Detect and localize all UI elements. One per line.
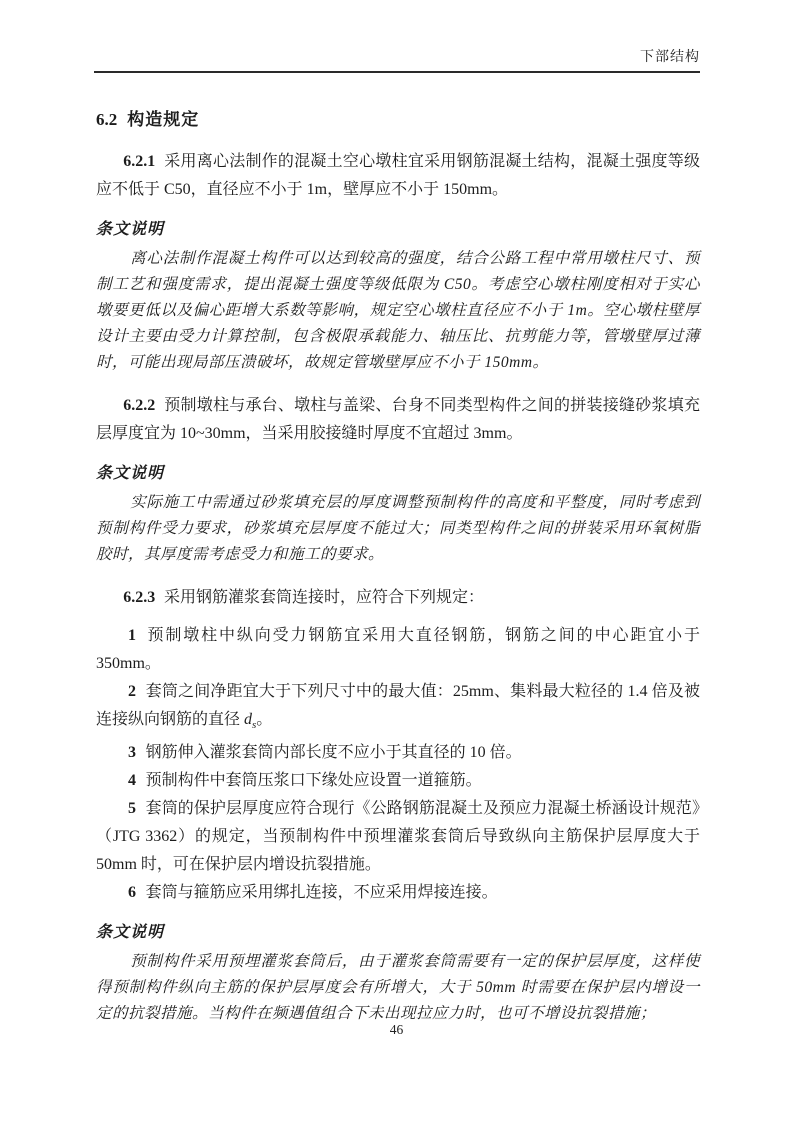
list-item-4: 4预制构件中套筒压浆口下缘处应设置一道箍筋。 bbox=[96, 767, 700, 795]
section-number: 6.2 bbox=[96, 110, 117, 129]
commentary-text: 离心法制作混凝土构件可以达到较高的强度，结合公路工程中常用墩柱尺寸、预制工艺和强… bbox=[96, 246, 700, 376]
item-text: 预制构件中套筒压浆口下缘处应设置一道箍筋。 bbox=[146, 772, 482, 789]
document-body: 6.2构造规定 6.2.1采用离心法制作的混凝土空心墩柱宜采用钢筋混凝土结构，混… bbox=[96, 98, 700, 1027]
clause-6-2-1: 6.2.1采用离心法制作的混凝土空心墩柱宜采用钢筋混凝土结构，混凝土强度等级应不… bbox=[96, 148, 700, 204]
commentary-label: 条文说明 bbox=[96, 920, 700, 946]
list-item-1: 1预制墩柱中纵向受力钢筋宜采用大直径钢筋，钢筋之间的中心距宜小于 350mm。 bbox=[96, 622, 700, 678]
clause-number: 6.2.1 bbox=[123, 153, 155, 170]
item-number: 1 bbox=[128, 627, 136, 644]
list-item-2: 2套筒之间净距宜大于下列尺寸中的最大值：25mm、集料最大粒径的 1.4 倍及被… bbox=[96, 678, 700, 739]
list-item-3: 3钢筋伸入灌浆套筒内部长度不应小于其直径的 10 倍。 bbox=[96, 739, 700, 767]
item-text: 钢筋伸入灌浆套筒内部长度不应小于其直径的 10 倍。 bbox=[146, 744, 522, 761]
clause-6-2-3: 6.2.3采用钢筋灌浆套筒连接时，应符合下列规定： bbox=[96, 584, 700, 612]
commentary-text: 实际施工中需通过砂浆填充层的厚度调整预制构件的高度和平整度，同时考虑到预制构件受… bbox=[96, 490, 700, 568]
item-number: 2 bbox=[128, 683, 136, 700]
page-number: 46 bbox=[390, 1022, 404, 1037]
clause-number: 6.2.2 bbox=[123, 397, 155, 414]
page-header: 下部结构 bbox=[94, 46, 700, 73]
item-number: 4 bbox=[128, 772, 136, 789]
item-text-after: 。 bbox=[256, 711, 272, 728]
clause-text: 采用钢筋灌浆套筒连接时，应符合下列规定： bbox=[164, 589, 484, 606]
rebar-diameter-symbol: ds bbox=[244, 711, 256, 728]
clause-6-2-2: 6.2.2预制墩柱与承台、墩柱与盖梁、台身不同类型构件之间的拼装接缝砂浆填充层厚… bbox=[96, 392, 700, 448]
list-item-6: 6套筒与箍筋应采用绑扎连接，不应采用焊接连接。 bbox=[96, 879, 700, 907]
item-number: 3 bbox=[128, 744, 136, 761]
item-text: 套筒与箍筋应采用绑扎连接，不应采用焊接连接。 bbox=[146, 884, 498, 901]
clause-text: 预制墩柱与承台、墩柱与盖梁、台身不同类型构件之间的拼装接缝砂浆填充层厚度宜为 1… bbox=[96, 397, 700, 442]
item-text: 预制墩柱中纵向受力钢筋宜采用大直径钢筋，钢筋之间的中心距宜小于 350mm。 bbox=[96, 627, 700, 672]
commentary-label: 条文说明 bbox=[96, 461, 700, 487]
running-header-chapter-title: 下部结构 bbox=[640, 50, 700, 65]
item-number: 6 bbox=[128, 884, 136, 901]
section-title: 构造规定 bbox=[127, 110, 199, 129]
item-number: 5 bbox=[128, 800, 136, 817]
commentary-label: 条文说明 bbox=[96, 217, 700, 243]
section-heading: 6.2构造规定 bbox=[96, 108, 700, 132]
item-text: 套筒的保护层厚度应符合现行《公路钢筋混凝土及预应力混凝土桥涵设计规范》（JTG … bbox=[96, 800, 700, 873]
page-footer: 46 bbox=[0, 1022, 793, 1038]
clause-number: 6.2.3 bbox=[123, 589, 155, 606]
list-item-5: 5套筒的保护层厚度应符合现行《公路钢筋混凝土及预应力混凝土桥涵设计规范》（JTG… bbox=[96, 795, 700, 879]
clause-text: 采用离心法制作的混凝土空心墩柱宜采用钢筋混凝土结构，混凝土强度等级应不低于 C5… bbox=[96, 153, 700, 198]
item-text: 套筒之间净距宜大于下列尺寸中的最大值：25mm、集料最大粒径的 1.4 倍及被连… bbox=[96, 683, 700, 728]
commentary-text: 预制构件采用预埋灌浆套筒后，由于灌浆套筒需要有一定的保护层厚度，这样使得预制构件… bbox=[96, 949, 700, 1027]
